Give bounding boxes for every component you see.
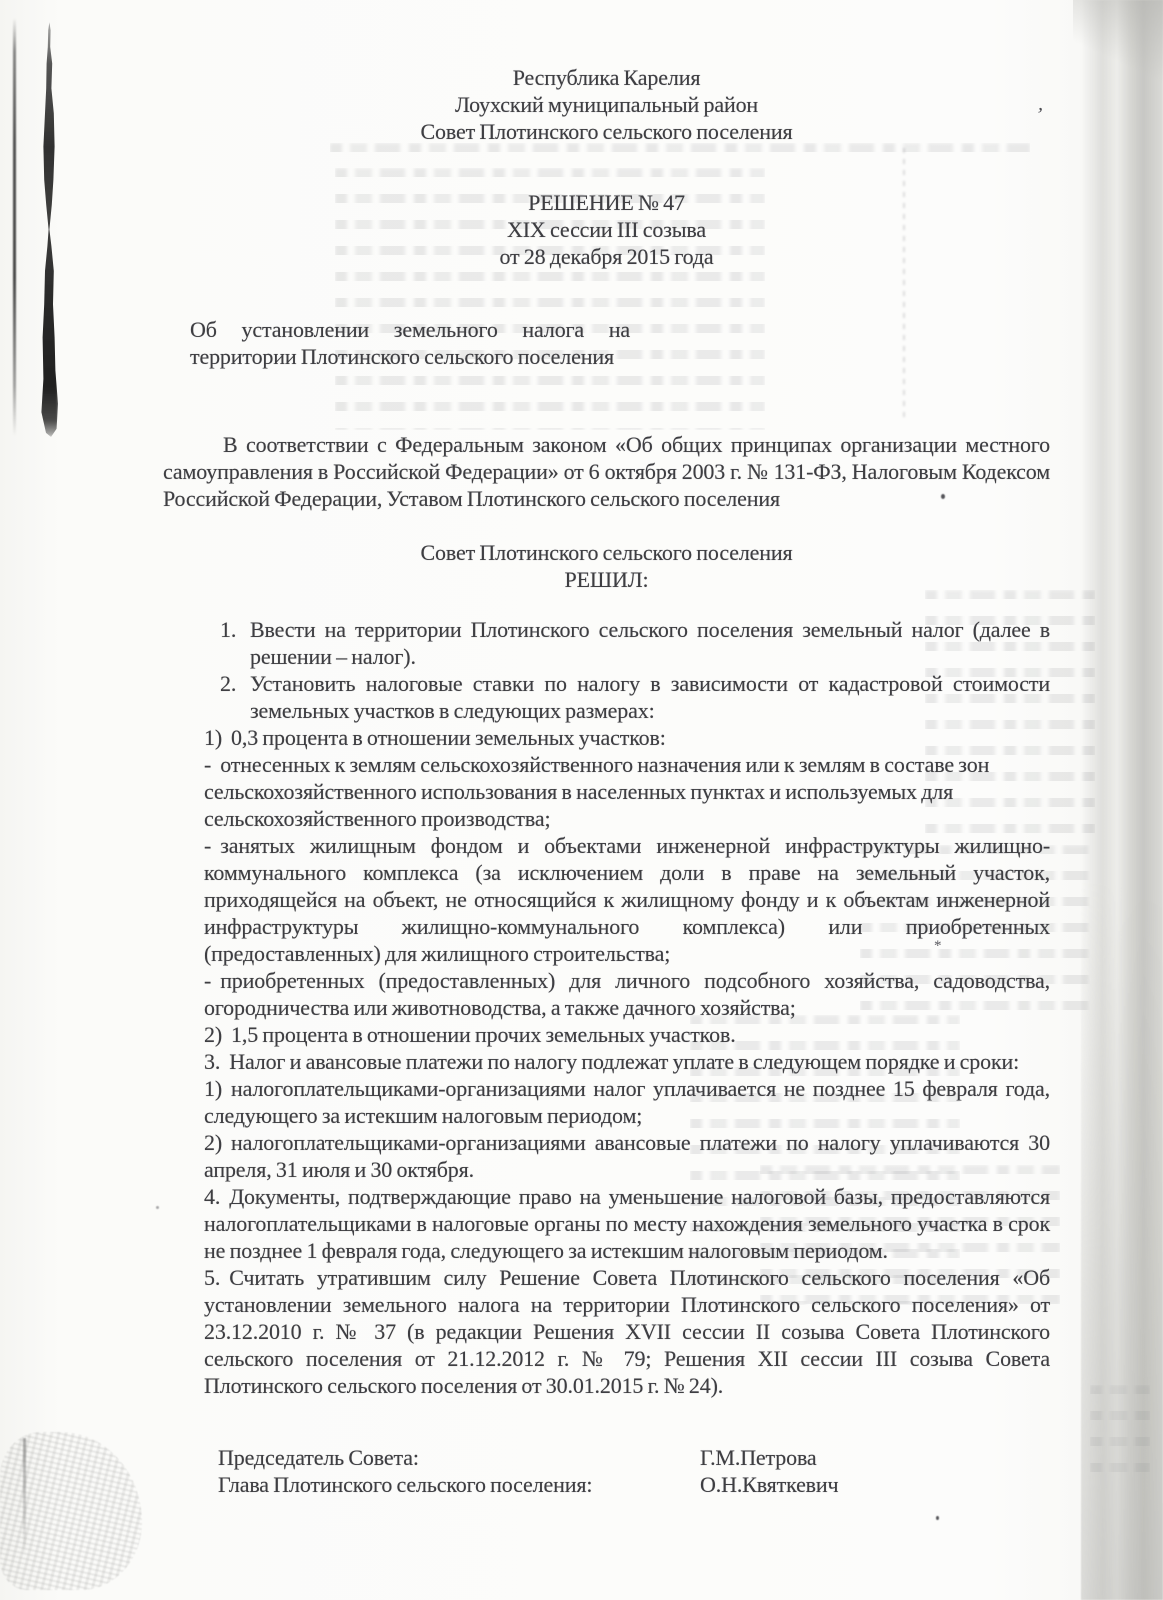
paragraph: 1)налогоплательщиками-организациями нало… (204, 1075, 1050, 1129)
paragraph-marker: - (204, 752, 211, 777)
paragraph: 2)1,5 процента в отношении прочих земель… (204, 1021, 1050, 1048)
list-item-marker: 1. (220, 616, 250, 643)
decision-title: РЕШЕНИЕ № 47 (163, 189, 1050, 216)
paragraph: 5.Считать утратившим силу Решение Совета… (204, 1264, 1050, 1399)
signature-title: Председатель Совета: (218, 1444, 700, 1471)
paragraph-marker: 3. (204, 1049, 220, 1074)
paragraph: 3.Налог и авансовые платежи по налогу по… (204, 1048, 1050, 1075)
paragraph: -занятых жилищным фондом и объектами инж… (204, 832, 1050, 967)
paragraph-marker: 1) (204, 1076, 222, 1101)
paragraph-text: налогоплательщиками-организациями налог … (204, 1076, 1050, 1128)
paragraph: -отнесенных к землям сельскохозяйственно… (204, 751, 1050, 832)
resolved-council: Совет Плотинского сельского поселения (163, 539, 1050, 566)
numbered-list: 1.Ввести на территории Плотинского сельс… (163, 616, 1050, 724)
header-council: Совет Плотинского сельского поселения (163, 118, 1050, 145)
paragraph-marker: 4. (204, 1184, 220, 1209)
paragraph-text: налогоплательщиками-организациями авансо… (204, 1130, 1050, 1182)
resolved-block: Совет Плотинского сельского поселения РЕ… (163, 539, 1050, 593)
list-item: 2.Установить налоговые ставки по налогу … (163, 670, 1050, 724)
signature-title: Глава Плотинского сельского поселения: (218, 1471, 700, 1498)
paragraph-text: Налог и авансовые платежи по налогу подл… (229, 1049, 1019, 1074)
paragraph-marker: - (204, 833, 211, 858)
paragraph: -приобретенных (предоставленных) для лич… (204, 967, 1050, 1021)
signature-row: Глава Плотинского сельского поселения: О… (218, 1471, 1050, 1498)
paragraph: 2)налогоплательщиками-организациями аван… (204, 1129, 1050, 1183)
list-item: 1.Ввести на территории Плотинского сельс… (163, 616, 1050, 670)
paragraph-text: 1,5 процента в отношении прочих земельны… (231, 1022, 736, 1047)
decision-heading: РЕШЕНИЕ № 47 XIX сессии III созыва от 28… (163, 189, 1050, 270)
decision-session: XIX сессии III созыва (163, 216, 1050, 243)
scanned-document-page: ’ * Республика Карелия Лоухский муниципа… (0, 0, 1163, 1600)
header-district: Лоухский муниципальный район (163, 91, 1050, 118)
header-republic: Республика Карелия (163, 64, 1050, 91)
document-header: Республика Карелия Лоухский муниципальны… (163, 64, 1050, 145)
list-item-text: Ввести на территории Плотинского сельско… (250, 617, 1050, 669)
paragraph-marker: 1) (204, 725, 222, 750)
paragraph-text: приобретенных (предоставленных) для личн… (204, 968, 1050, 1020)
paragraph: 1)0,3 процента в отношении земельных уча… (204, 724, 1050, 751)
document-content: Республика Карелия Лоухский муниципальны… (0, 0, 1163, 1498)
list-item-marker: 2. (220, 670, 250, 697)
signature-row: Председатель Совета: Г.М.Петрова (218, 1444, 1050, 1471)
paragraph-marker: 5. (204, 1265, 220, 1290)
signature-name: Г.М.Петрова (700, 1444, 817, 1471)
paragraph-marker: 2) (204, 1130, 222, 1155)
paragraph-text: занятых жилищным фондом и объектами инже… (204, 833, 1050, 966)
signature-name: О.Н.Квяткевич (700, 1471, 838, 1498)
paragraph-marker: 2) (204, 1022, 222, 1047)
decision-subject: Об установлении земельного налога на тер… (190, 316, 630, 370)
signature-block: Председатель Совета: Г.М.Петрова Глава П… (218, 1444, 1050, 1498)
paragraph-text: Считать утратившим силу Решение Совета П… (204, 1265, 1050, 1398)
resolved-word: РЕШИЛ: (163, 566, 1050, 593)
list-item-text: Установить налоговые ставки по налогу в … (250, 671, 1050, 723)
paragraph-text: Документы, подтверждающие право на умень… (204, 1184, 1050, 1263)
decision-date: от 28 декабря 2015 года (163, 243, 1050, 270)
paragraph-text: отнесенных к землям сельскохозяйственног… (204, 752, 989, 831)
paragraph-text: 0,3 процента в отношении земельных участ… (231, 725, 666, 750)
paragraph-marker: - (204, 968, 211, 993)
scan-speck (936, 1516, 939, 1520)
preamble: В соответствии с Федеральным законом «Об… (163, 431, 1050, 512)
paragraph: 4.Документы, подтверждающие право на уме… (204, 1183, 1050, 1264)
body-paragraphs: 1)0,3 процента в отношении земельных уча… (204, 724, 1050, 1399)
